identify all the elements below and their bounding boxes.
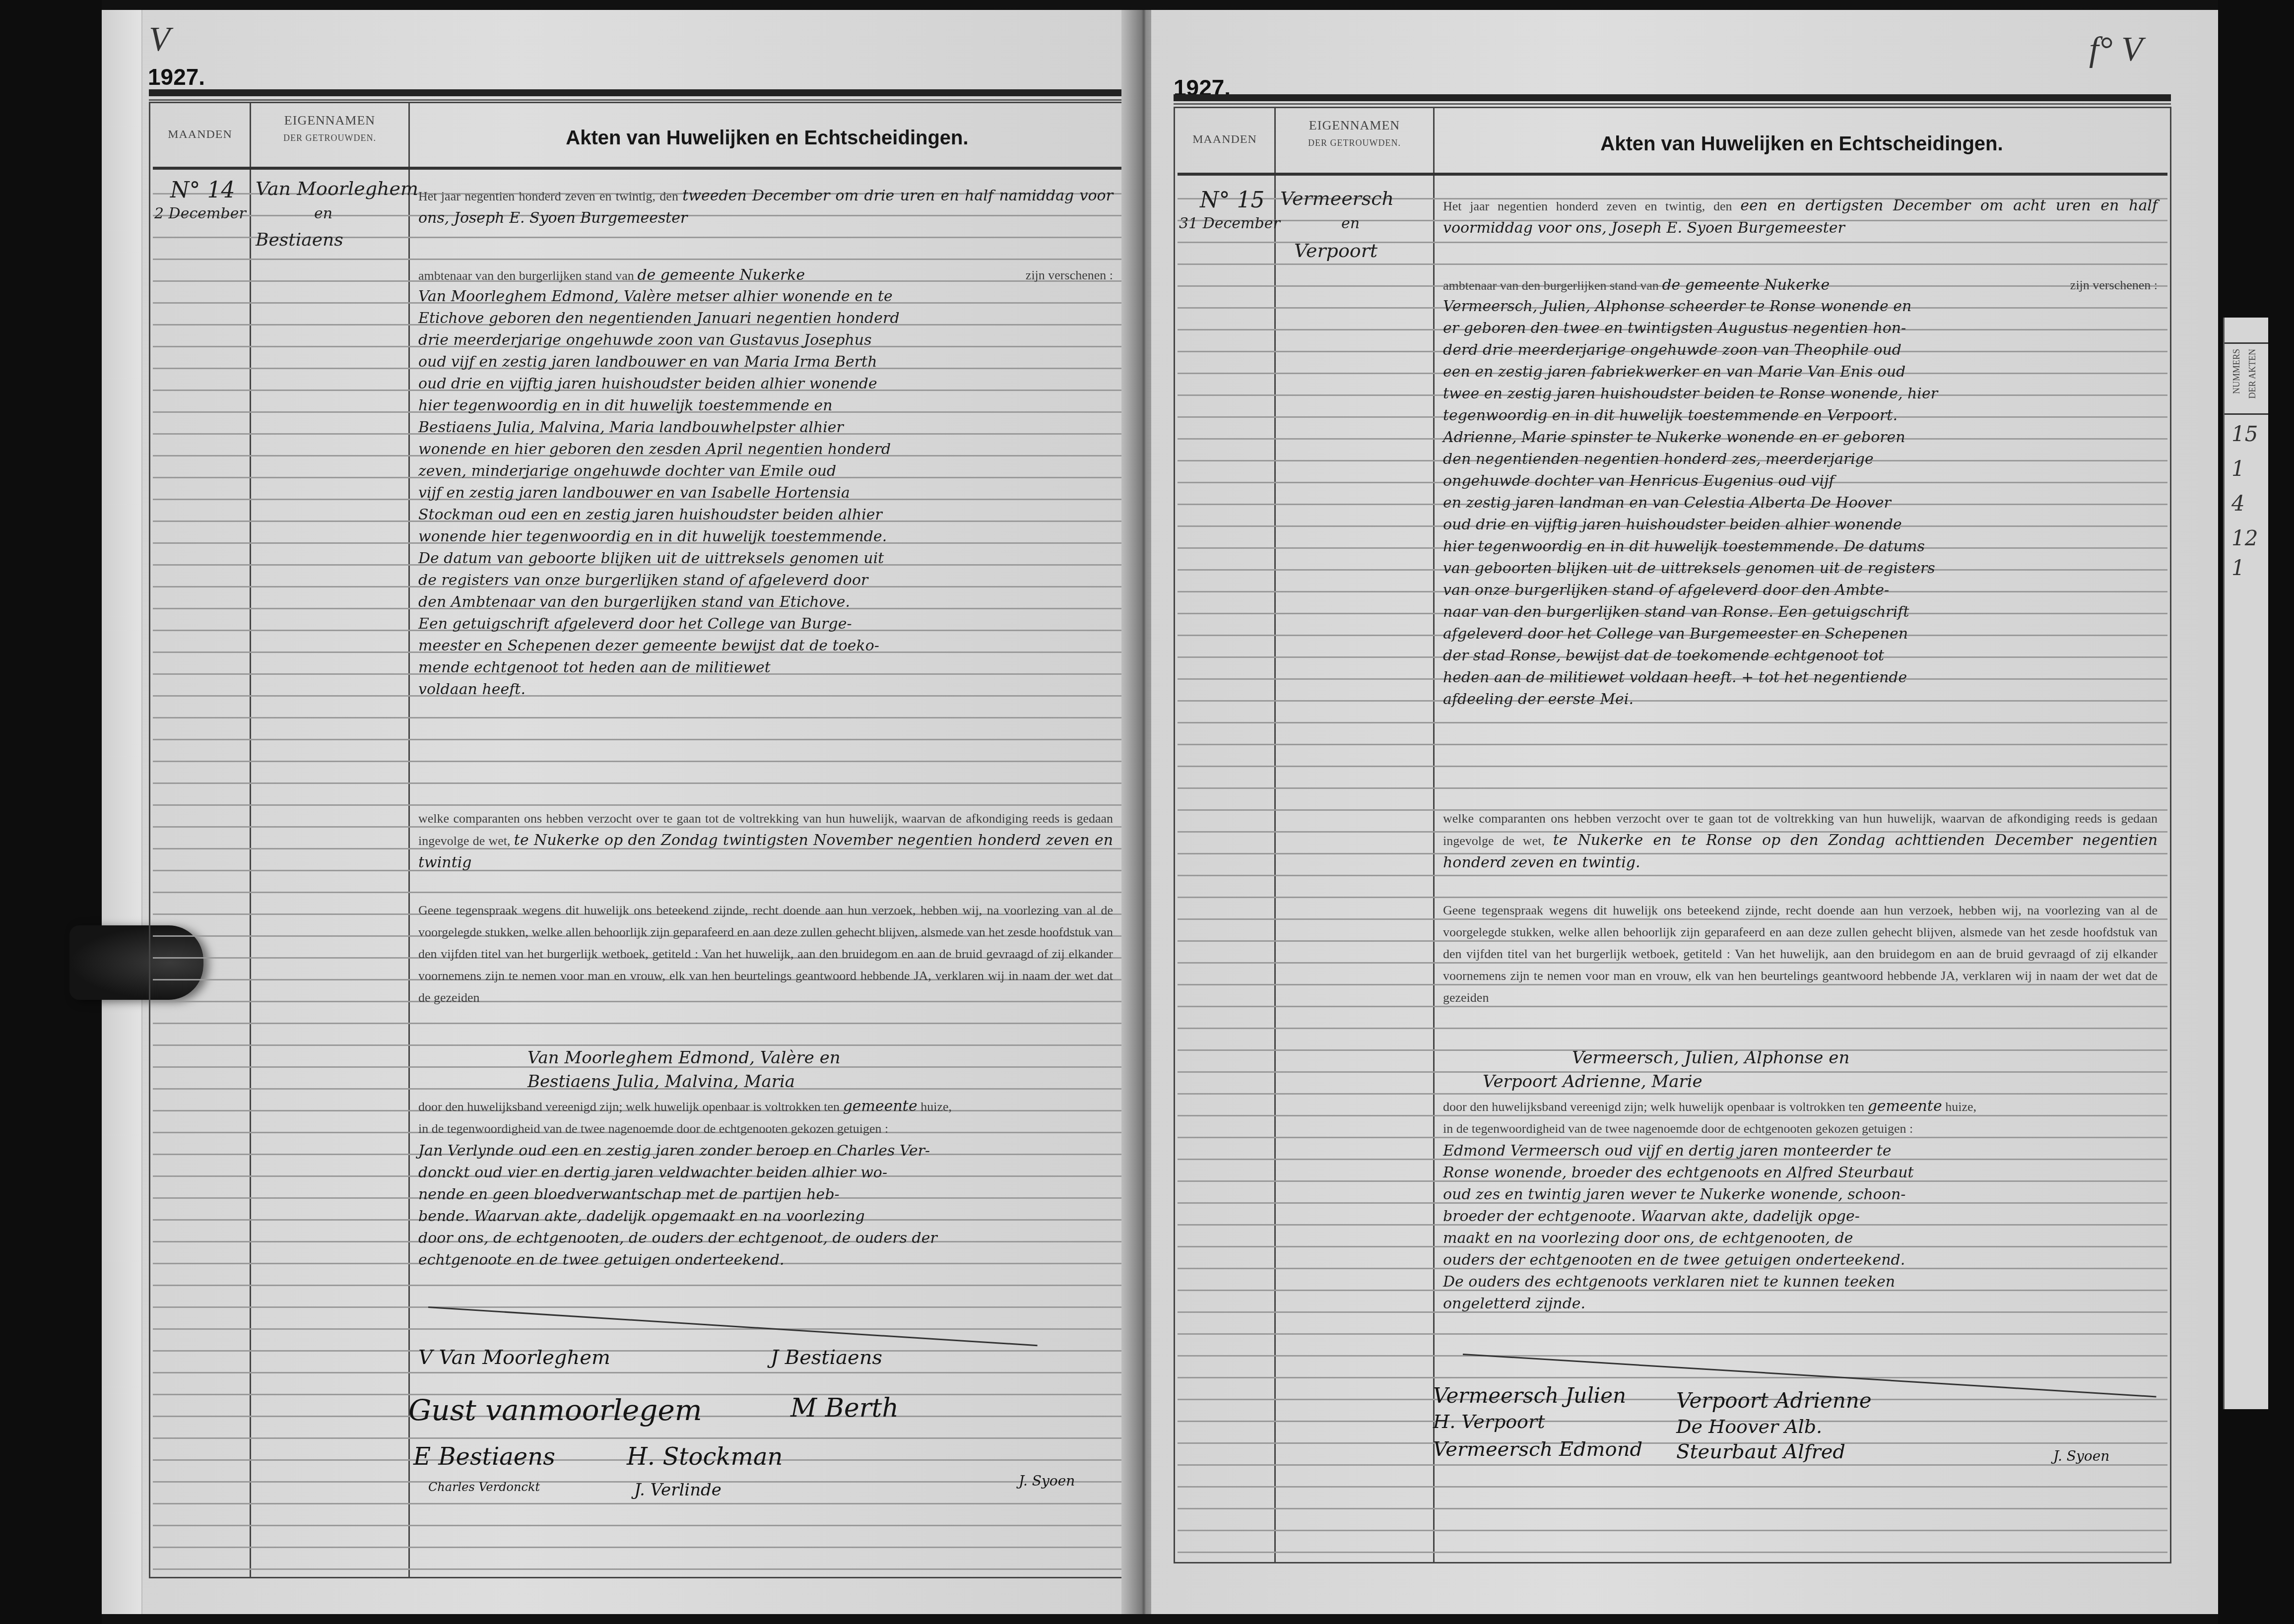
body-line: oud drie en vijftig jaren huishoudster b… (1443, 514, 2158, 536)
right-header-bottom-rule (1178, 173, 2167, 176)
left-publication-handwritten: te Nukerke op den Zondag twintigsten Nov… (418, 832, 1113, 871)
left-entry-number: N° 14 (170, 178, 235, 203)
body-line: voldaan heeft. (418, 679, 1113, 701)
witness-line: Ronse wonende, broeder des echtgenoots e… (1443, 1162, 2158, 1184)
left-header-eigennamen: EIGENNAMEN (251, 113, 408, 128)
couple-line: Van Moorleghem Edmond, Valère en (527, 1046, 1113, 1070)
right-intro: Het jaar negentien honderd zeven en twin… (1443, 195, 2158, 240)
right-signature: De Hoover Alb. (1676, 1416, 1822, 1437)
body-line: meester en Schepenen dezer gemeente bewi… (418, 635, 1113, 657)
right-name-and: en (1341, 215, 1360, 232)
body-line: mende echtgenoot tot heden aan de militi… (418, 657, 1113, 679)
body-line: Adrienne, Marie spinster te Nukerke wone… (1443, 427, 2158, 449)
right-header-eigennamen: EIGENNAMEN (1276, 118, 1433, 133)
left-signature: Charles Verdonckt (428, 1480, 540, 1494)
margin-index-header: NUMMERS DER AKTEN (2225, 342, 2268, 415)
witness-line: maakt en na voorlezing door ons, de echt… (1443, 1228, 2158, 1249)
right-signature: Steurbaut Alfred (1676, 1440, 1845, 1463)
right-header-rule-thin (1174, 103, 2171, 105)
right-signature: J. Syoen (2053, 1448, 2109, 1464)
left-couple-names: Van Moorleghem Edmond, Valère en Bestiae… (527, 1046, 1113, 1094)
left-request: welke comparanten ons hebben verzocht ov… (418, 808, 1113, 874)
body-line: twee en zestig jaren huishoudster beiden… (1443, 383, 2158, 405)
left-folio-mark: V (149, 20, 170, 60)
body-line: der stad Ronse, bewijst dat de toekomend… (1443, 645, 2158, 667)
right-header-maanden: MAANDEN (1175, 133, 1274, 146)
left-appeared-printed: zijn verschenen : (1026, 264, 1113, 286)
left-page-edge (102, 10, 142, 1614)
body-line: en zestig jaren landman en van Celestia … (1443, 492, 2158, 514)
body-line: ongehuwde dochter van Henricus Eugenius … (1443, 470, 2158, 492)
right-united: door den huwelijksband vereenigd zijn; w… (1443, 1096, 2158, 1140)
right-name-bride: Verpoort (1294, 240, 1377, 261)
right-official-printed: ambtenaar van den burgerlijken stand van (1443, 278, 1659, 293)
body-line: hier tegenwoordig en in dit huwelijk toe… (418, 395, 1113, 417)
body-line: oud vijf en zestig jaren landbouwer en v… (418, 351, 1113, 373)
left-intro: Het jaar negentien honderd zeven en twin… (418, 185, 1113, 230)
left-united-printed: door den huwelijksband vereenigd zijn; w… (418, 1100, 840, 1114)
scan-background-left (0, 0, 102, 1624)
right-entry-number: N° 15 (1200, 188, 1264, 213)
left-year: 1927. (148, 64, 205, 90)
left-body-handwritten: Van Moorleghem Edmond, Valère metser alh… (418, 286, 1113, 701)
body-line: Etichove geboren den negentienden Januar… (418, 308, 1113, 329)
left-signature: J. Syoen (1019, 1473, 1075, 1489)
witness-line: Jan Verlynde oud een en zestig jaren zon… (418, 1140, 1113, 1162)
right-signature: Verpoort Adrienne (1676, 1388, 1872, 1413)
left-page-title: Akten van Huwelijken en Echtscheidingen. (410, 127, 1124, 149)
body-line: den Ambtenaar van den burgerlijken stand… (418, 591, 1113, 613)
left-united: door den huwelijksband vereenigd zijn; w… (418, 1096, 1113, 1140)
couple-line: Verpoort Adrienne, Marie (1483, 1070, 2158, 1094)
left-name-bride: Bestiaens (256, 230, 343, 250)
body-line: den negentienden negentien honderd zes, … (1443, 449, 2158, 470)
left-witnesses-handwritten: Jan Verlynde oud een en zestig jaren zon… (418, 1140, 1113, 1271)
body-line: naar van den burgerlijken stand van Rons… (1443, 601, 2158, 623)
right-house-printed: huize, (1945, 1100, 1976, 1114)
body-line: Van Moorleghem Edmond, Valère metser alh… (418, 286, 1113, 308)
witness-line: door ons, de echtgenooten, de ouders der… (418, 1228, 1113, 1249)
witness-line: oud zes en twintig jaren wever te Nukerk… (1443, 1184, 2158, 1206)
body-line: afdeeling der eerste Mei. (1443, 689, 2158, 711)
margin-number: 12 (2231, 526, 2258, 550)
body-line: Vermeersch, Julien, Alphonse scheerder t… (1443, 296, 2158, 318)
body-line: een en zestig jaren fabriekwerker en van… (1443, 361, 2158, 383)
left-signature: M Berth (790, 1393, 899, 1423)
left-house-printed: huize, (920, 1100, 952, 1114)
witness-line: donckt oud vier en dertig jaren veldwach… (418, 1162, 1113, 1184)
right-entry-date: 31 December (1179, 215, 1280, 232)
body-line: oud drie en vijftig jaren huishoudster b… (418, 373, 1113, 395)
left-signature: V Van Moorleghem (418, 1346, 610, 1369)
body-line: zeven, minderjarige ongehuwde dochter va… (418, 460, 1113, 482)
body-line: Een getuigschrift afgeleverd door het Co… (418, 613, 1113, 635)
right-request: welke comparanten ons hebben verzocht ov… (1443, 808, 2158, 874)
right-body-handwritten: Vermeersch, Julien, Alphonse scheerder t… (1443, 296, 2158, 711)
right-declaration: Geene tegenspraak wegens dit huwelijk on… (1443, 900, 2158, 1009)
body-line: vijf en zestig jaren landbouwer en van I… (418, 482, 1113, 504)
witness-line: ongeletterd zijnde. (1443, 1293, 2158, 1315)
left-place-handwritten: gemeente (843, 1098, 918, 1115)
left-declaration: Geene tegenspraak wegens dit huwelijk on… (418, 900, 1113, 1009)
witness-line: Edmond Vermeersch oud vijf en dertig jar… (1443, 1140, 2158, 1162)
right-intro-printed: Het jaar negentien honderd zeven en twin… (1443, 199, 1732, 213)
right-signature: Vermeersch Edmond (1433, 1438, 1642, 1461)
left-entry-date: 2 December (154, 205, 246, 222)
body-line: hier tegenwoordig en in dit huwelijk toe… (1443, 536, 2158, 558)
right-appeared-printed: zijn verschenen : (2070, 274, 2158, 296)
margin-index-tab: NUMMERS DER AKTEN 15 1 4 12 1 (2223, 318, 2268, 1409)
body-line: drie meerderjarige ongehuwde zoon van Gu… (418, 329, 1113, 351)
witness-line: nende en geen bloedverwantschap met de p… (418, 1184, 1113, 1206)
body-line: wonende en hier geboren den zesden April… (418, 439, 1113, 460)
left-header-rule (149, 89, 1126, 96)
body-line: er geboren den twee en twintigsten Augus… (1443, 318, 2158, 339)
left-witnesses-printed: in de tegenwoordigheid van de twee nagen… (418, 1118, 1113, 1140)
right-united-printed: door den huwelijksband vereenigd zijn; w… (1443, 1100, 1864, 1114)
margin-number: 15 (2231, 422, 2258, 446)
left-official: ambtenaar van den burgerlijken stand van… (418, 264, 1113, 287)
right-signature: Vermeersch Julien (1433, 1383, 1626, 1408)
body-line: heden aan de militiewet voldaan heeft. +… (1443, 667, 2158, 689)
left-header-bottom-rule (153, 167, 1123, 170)
right-page-title: Akten van Huwelijken en Echtscheidingen. (1435, 133, 2169, 155)
body-line: de registers van onze burgerlijken stand… (418, 570, 1113, 591)
body-line: Bestiaens Julia, Malvina, Maria landbouw… (418, 417, 1113, 439)
body-line: van onze burgerlijken stand of afgelever… (1443, 580, 2158, 601)
margin-number: 4 (2231, 491, 2245, 516)
left-signature: Gust vanmoorlegem (408, 1393, 702, 1427)
body-line: derd drie meerderjarige ongehuwde zoon v… (1443, 339, 2158, 361)
left-official-handwritten: de gemeente Nukerke (637, 266, 805, 284)
right-name-groom: Vermeersch (1280, 188, 1394, 209)
left-official-printed: ambtenaar van den burgerlijken stand van (418, 268, 634, 283)
body-line: van geboorten blijken uit de uittreksels… (1443, 558, 2158, 580)
left-table-frame: MAANDEN EIGENNAMEN DER GETROUWDEN. Akten… (149, 102, 1127, 1578)
right-couple-names: Vermeersch, Julien, Alphonse en Verpoort… (1483, 1046, 2158, 1094)
right-publication-handwritten: te Nukerke en te Ronse op den Zondag ach… (1443, 832, 2158, 871)
body-line: De datum van geboorte blijken uit de uit… (418, 548, 1113, 570)
right-header-rule (1174, 94, 2171, 101)
margin-number: 1 (2231, 456, 2245, 481)
witness-line: bende. Waarvan akte, dadelijk opgemaakt … (418, 1206, 1113, 1228)
right-place-handwritten: gemeente (1868, 1098, 1942, 1115)
body-line: wonende hier tegenwoordig en in dit huwe… (418, 526, 1113, 548)
couple-line: Vermeersch, Julien, Alphonse en (1483, 1046, 2158, 1070)
body-line: Stockman oud een en zestig jaren huishou… (418, 504, 1113, 526)
margin-header-der-akten: DER AKTEN (2247, 349, 2258, 399)
witness-line: echtgenoote en de twee getuigen ondertee… (418, 1249, 1113, 1271)
right-table-frame: MAANDEN EIGENNAMEN DER GETROUWDEN. Akten… (1174, 107, 2171, 1563)
right-header-getrouwden: DER GETROUWDEN. (1276, 138, 1433, 148)
right-official: ambtenaar van den burgerlijken stand van… (1443, 274, 2158, 297)
left-name-groom: Van Moorleghem (256, 178, 418, 199)
couple-line: Bestiaens Julia, Malvina, Maria (527, 1070, 1113, 1094)
left-signature: J. Verlinde (634, 1480, 721, 1500)
right-signature: H. Verpoort (1433, 1411, 1545, 1432)
left-header-maanden: MAANDEN (150, 128, 250, 141)
body-line: afgeleverd door het College van Burgemee… (1443, 623, 2158, 645)
witness-line: broeder der echtgenoote. Waarvan akte, d… (1443, 1206, 2158, 1228)
witness-line: De ouders des echtgenoots verklaren niet… (1443, 1271, 2158, 1293)
left-signature: H. Stockman (627, 1443, 783, 1471)
right-witnesses-printed: in de tegenwoordigheid van de twee nagen… (1443, 1118, 2158, 1140)
left-header-getrouwden: DER GETROUWDEN. (251, 133, 408, 143)
right-folio-mark: f° V (2089, 30, 2143, 69)
margin-header-nummers: NUMMERS (2231, 349, 2242, 394)
witness-line: ouders der echtgenooten en de twee getui… (1443, 1249, 2158, 1271)
left-name-and: en (314, 205, 332, 222)
left-signature: J Bestiaens (771, 1346, 882, 1369)
margin-number: 1 (2231, 556, 2245, 580)
right-witnesses-handwritten: Edmond Vermeersch oud vijf en dertig jar… (1443, 1140, 2158, 1315)
left-intro-printed: Het jaar negentien honderd zeven en twin… (418, 189, 678, 203)
left-header-rule-thin (149, 99, 1126, 101)
right-official-handwritten: de gemeente Nukerke (1662, 276, 1830, 294)
body-line: tegenwoordig en in dit huwelijk toestemm… (1443, 405, 2158, 427)
left-signature: E Bestiaens (413, 1443, 555, 1471)
